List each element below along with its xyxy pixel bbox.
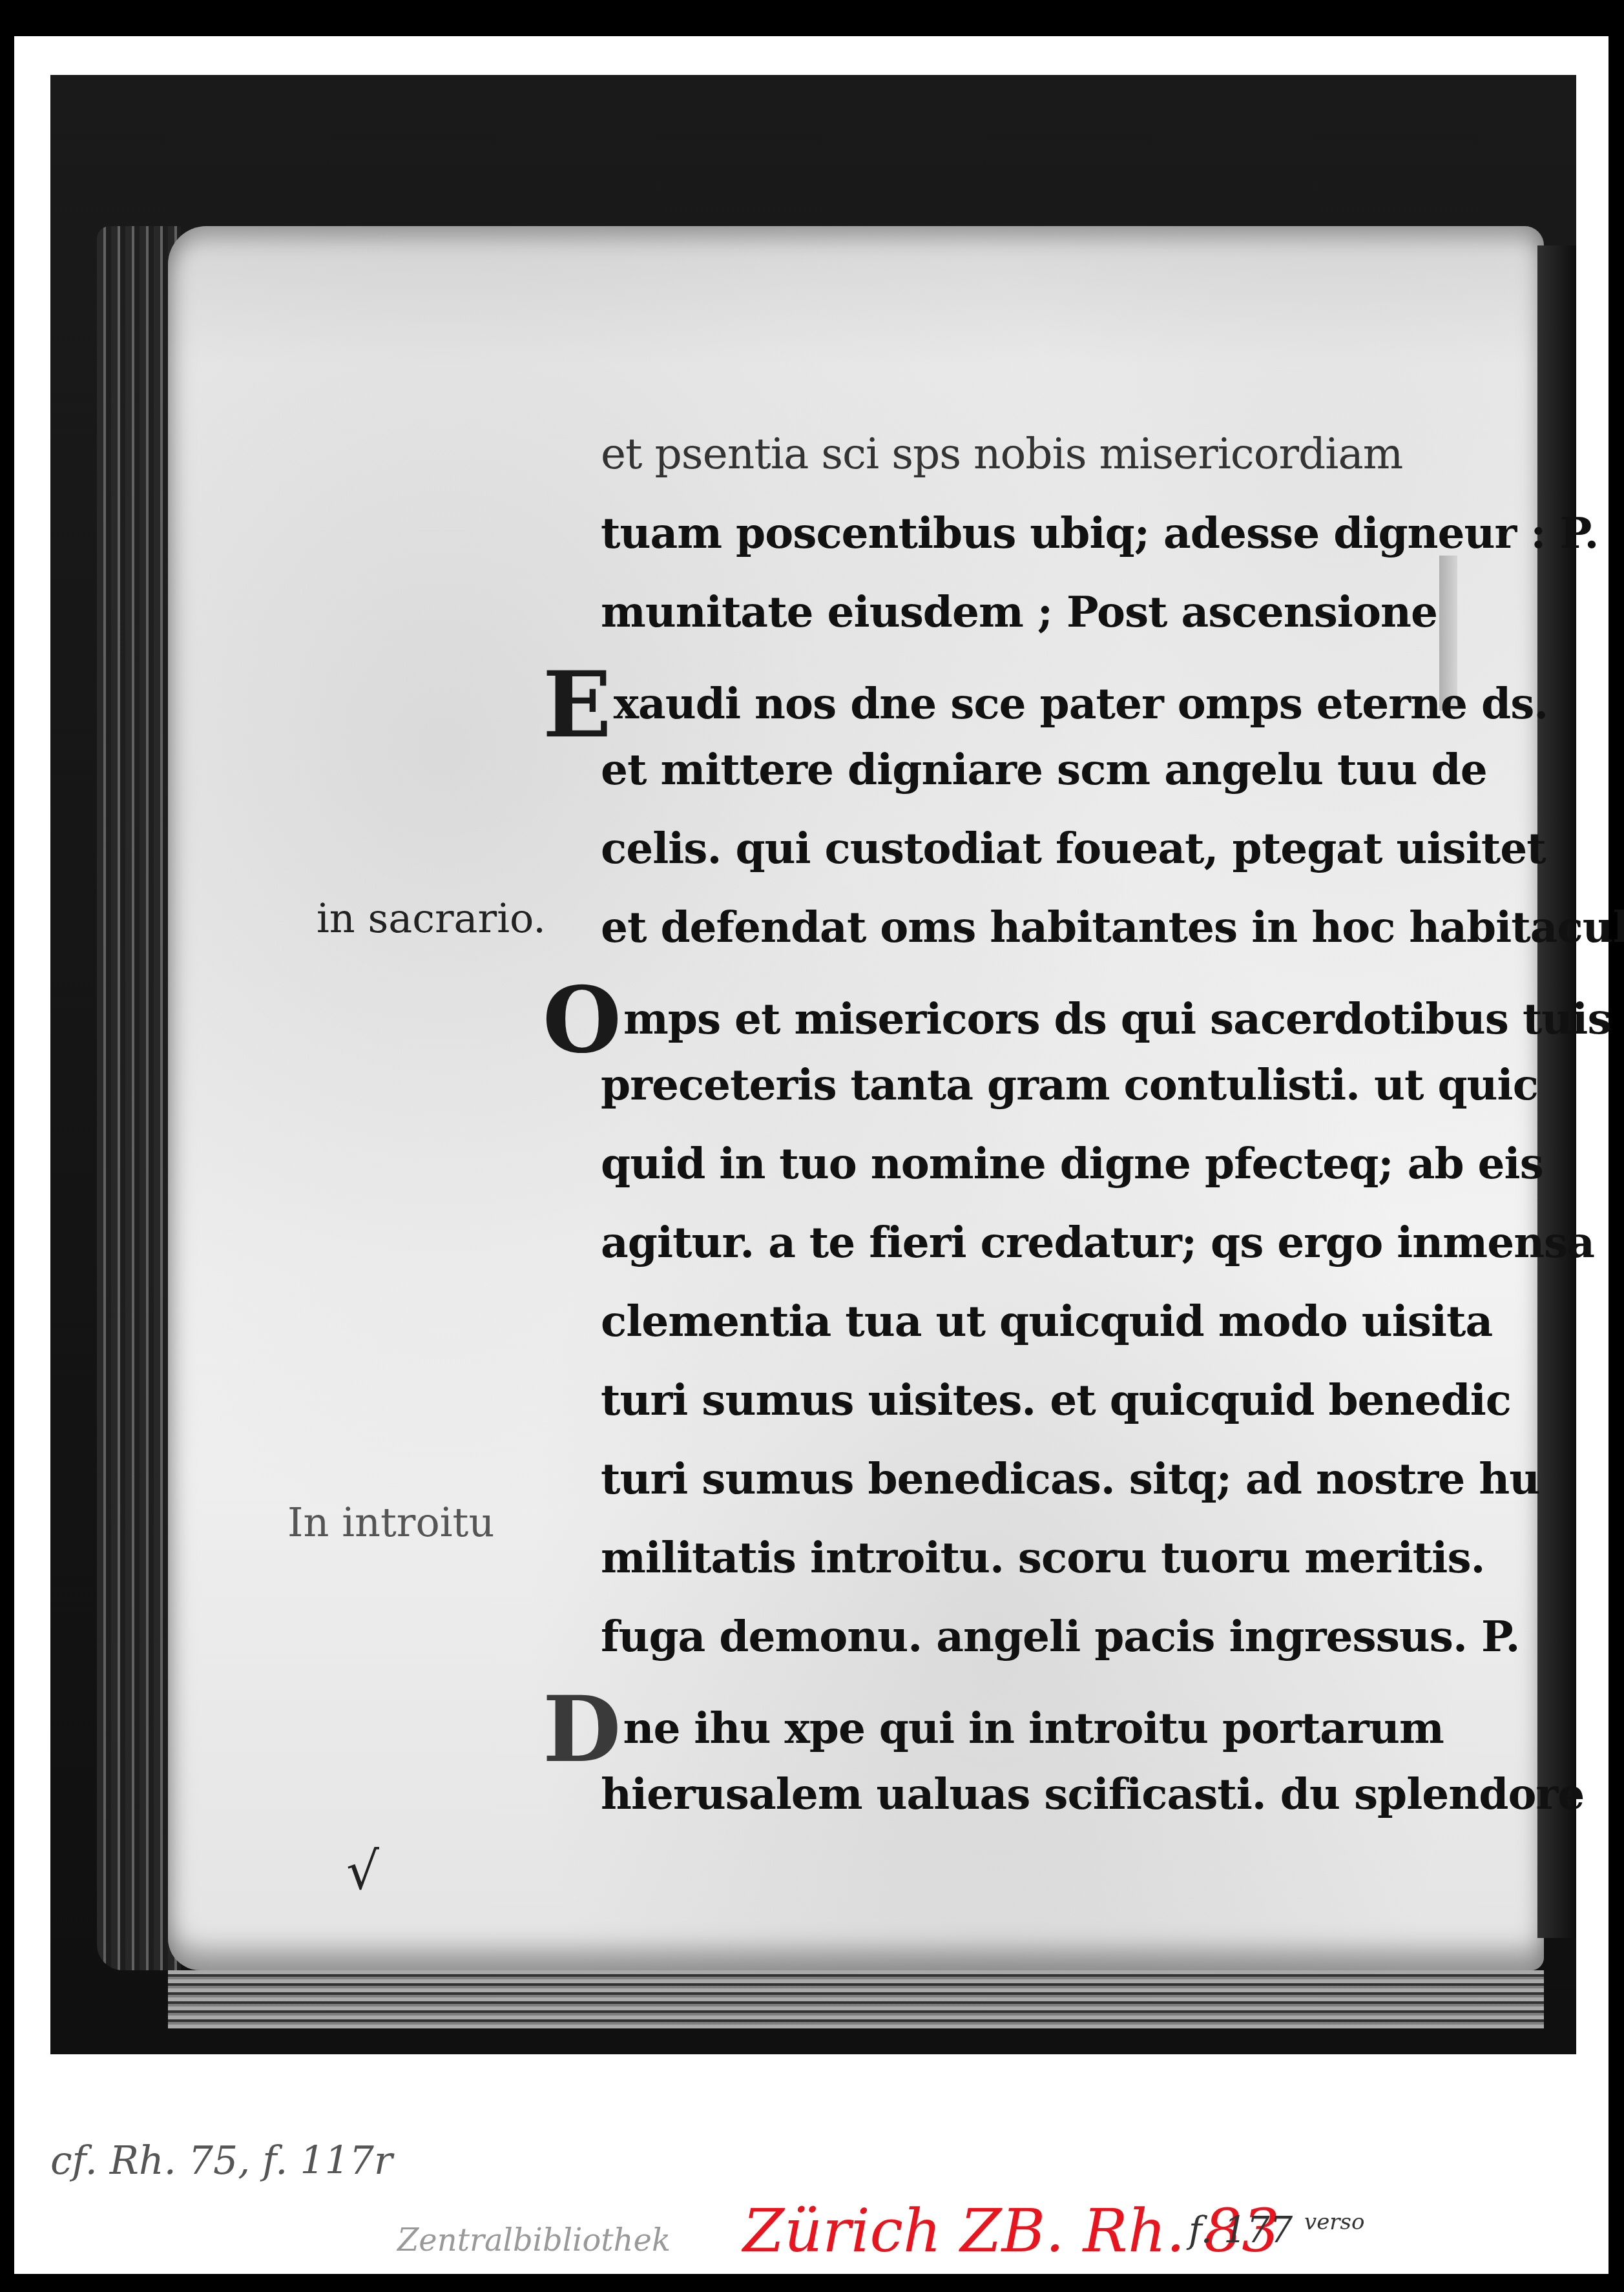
book-bottom-edges [168,1970,1544,2028]
marginal-rubric-in-introitu: In introitu [287,1499,494,1546]
folio-side: verso [1304,2209,1365,2235]
decorated-initial: E [543,669,611,742]
cross-reference-note: cf. Rh. 75, f. 117r [50,2138,393,2183]
text-line: turi sumus uisites. et quicquid benedic [601,1379,1537,1457]
text-line: agitur. a te fieri credatur; qs ergo inm… [601,1221,1537,1300]
marginal-rubric-in-sacrario: in sacrario. [317,895,546,942]
manuscript-text-block: et psentia sci sps nobis misericordiam t… [601,433,1537,1851]
text-line: quid in tuo nomine digne pfecteq; ab eis [601,1142,1537,1221]
page-gutter-shadow [1537,245,1576,1938]
decorated-initial: D [543,1694,620,1766]
text-line: turi sumus benedicas. sitq; ad nostre hu [601,1457,1537,1536]
text-line: tuam poscentibus ubiq; adesse digneur : … [601,512,1537,590]
text-line: preceteris tanta gram contulisti. ut qui… [601,1063,1537,1142]
text-line: Dne ihu xpe qui in introitu portarum [601,1694,1537,1773]
text-line: celis. qui custodiat foueat, ptegat uisi… [601,827,1537,906]
text-line: militatis introitu. scoru tuoru meritis. [601,1536,1537,1615]
text-line: clementia tua ut quicquid modo uisita [601,1300,1537,1379]
text-line: et mittere digniare scm angelu tuu de [601,748,1537,827]
decorated-initial: O [543,985,621,1057]
check-mark-icon: √ [346,1841,379,1901]
text-line: Exaudi nos dne sce pater omps eterne ds. [601,669,1537,748]
text-line: munitate eiusdem ; Post ascensione [601,590,1537,669]
text-line: fuga demonu. angeli pacis ingressus. P. [601,1615,1537,1694]
text-line: et defendat oms habitantes in hoc habita… [601,906,1537,985]
text-line: et psentia sci sps nobis misericordiam [601,433,1537,512]
text-line: hierusalem ualuas scificasti. du splendo… [601,1773,1537,1851]
folio-annotation: f. 177 verso [1189,2209,1365,2251]
text-line: Omps et misericors ds qui sacerdotibus t… [601,985,1537,1063]
library-note: Zentralbibliothek [397,2222,671,2258]
